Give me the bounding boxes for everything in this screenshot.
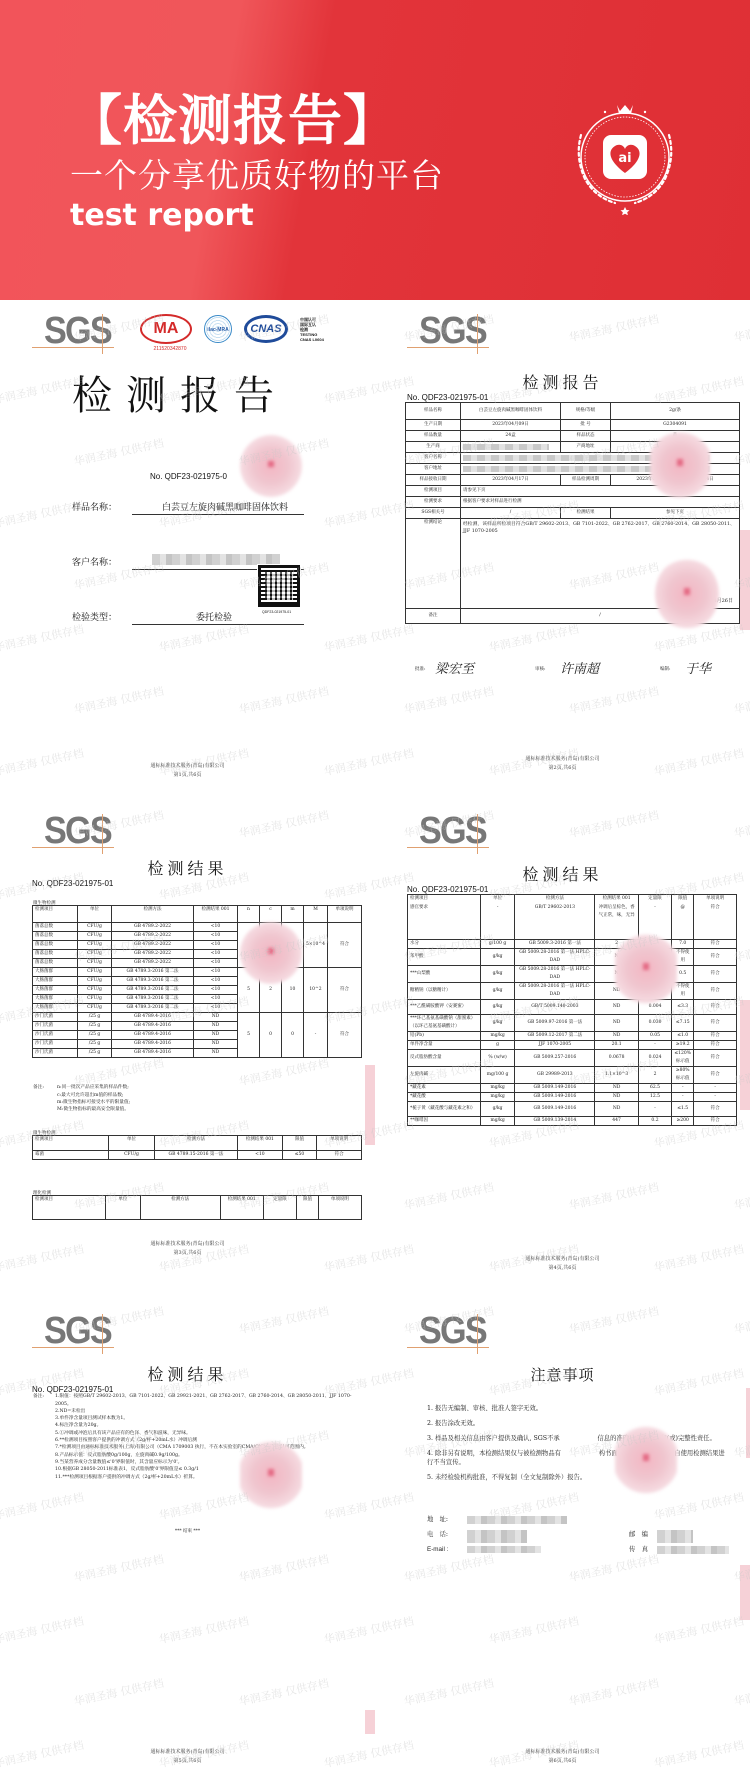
mold-table: 检测项目单位检测方法检测结果 001限值单项说明霉菌CFU/gGB 4789.1…	[32, 1135, 362, 1160]
table-row: **咖啡因mg/kgGB 5009.139-20144470.2≥200符合	[408, 1117, 737, 1126]
table-row: 检测项目单位检测方法检测结果 001定量限限值单项说明	[33, 1196, 362, 1220]
table-row: 检测项目单位检测方法检测结果 001ncmM单项说明	[33, 906, 362, 923]
table-row: 铅(Pb)mg/kgGB 5009.12-2017 第二法ND0.05≤1.0符…	[408, 1032, 737, 1041]
table-row: 检测项目单位检测方法检测结果 001定量限限值单项说明	[408, 895, 737, 904]
page-footer: 通标标准技术服务(青岛)有限公司第1页,共6页	[0, 762, 375, 780]
sample-name-value: 白芸豆左旋肉碱黑咖啡固体饮料	[140, 500, 310, 513]
page-title: 检测结果	[0, 856, 375, 879]
notice-item: 1. 报告无编制、审核、批准人签字无效。	[427, 1404, 727, 1413]
ai-heart-logo-icon: ai	[565, 95, 685, 215]
notice-item: 2. 报告涂改无效。	[427, 1419, 727, 1428]
report-number: No. QDF23-021975-01	[407, 885, 488, 894]
qr-caption: QDF23-021975-01	[262, 610, 291, 614]
hero-title: 【检测报告】	[68, 78, 398, 155]
cnas-text: 中国认可国际互认检测TESTINGCNAS L0604	[300, 317, 324, 342]
page-footer: 通标标准技术服务(青岛)有限公司第5页,共6页	[0, 1748, 375, 1766]
qr-code[interactable]	[258, 565, 300, 607]
postcode-label: 邮 编	[629, 1527, 648, 1542]
table-row: *藏花酸mg/kgGB 5009.149-2016ND12.5--	[408, 1093, 737, 1102]
approver-signature: 梁宏至	[435, 658, 474, 677]
cma-logo: MA211520342870	[140, 314, 192, 344]
redacted-postcode	[657, 1530, 693, 1543]
sample-name-label: 样品名称：	[72, 500, 117, 513]
ilac-mra-logo: ilac-MRA	[204, 315, 232, 343]
table-row: 苯甲酸g/kgGB 5009.28-2016 第一法 HPLC-DADN不得使用…	[408, 949, 737, 966]
table-row: SGS相关号/检测结果参见下页	[406, 508, 740, 519]
sgs-logo: SGS	[407, 314, 487, 350]
page-title: 检测结果	[0, 1362, 375, 1385]
remark-item: 8.产品标示值：反式脂肪酸0g/100g，左旋肉碱0.9g/100g。	[55, 1452, 353, 1459]
cover-title: 检测报告	[72, 364, 288, 421]
svg-text:ai: ai	[618, 151, 631, 166]
client-name-label: 客户名称：	[72, 555, 117, 568]
phone-label: 电 话:	[427, 1527, 448, 1542]
cnas-logo: CNAS	[244, 315, 288, 343]
official-seal	[615, 1425, 677, 1495]
table-row: 糖精钠（以糖精计）g/kgGB 5009.28-2016 第一法 HPLC-DA…	[408, 983, 737, 1000]
page-title: 注意事项	[375, 1364, 750, 1385]
table-row: 大肠菌群CFU/gGB 4789.3-2016 第二法<10521010^2符合	[33, 968, 362, 977]
sgs-logo: SGS	[32, 314, 112, 350]
certification-logos: MA211520342870 ilac-MRA CNAS 中国认可国际互认检测T…	[140, 314, 324, 344]
reviewer-signature: 许南超	[560, 658, 599, 677]
remark-item: 2.ND=未检出	[55, 1408, 353, 1415]
chemistry-table: 检测项目单位检测方法检测结果 001定量限限值单项说明感官要求-GB/T 296…	[407, 894, 737, 1126]
remark-item: 3.单件净含量项目测试样本数为1。	[55, 1415, 353, 1422]
hero-banner: 【检测报告】 一个分享优质好物的平台 test report ai	[0, 0, 750, 300]
page-title: 检测结果	[375, 862, 750, 885]
redacted-address	[467, 1516, 567, 1524]
table-row: 水分g/100 gGB 5009.3-2016 第一法27.0符合	[408, 940, 737, 949]
remark-item: 4.标注净含量为20g。	[55, 1422, 353, 1429]
redacted-fax	[657, 1546, 729, 1554]
inspection-type-value: 委托检验	[196, 610, 232, 623]
page-footer: 通标标准技术服务(青岛)有限公司第2页,共6页	[375, 755, 750, 773]
table-row: ***山梨酸g/kgGB 5009.28-2016 第一法 HPLC-DADN0…	[408, 966, 737, 983]
report-number: No. QDF23-021975-0	[150, 472, 227, 481]
remark-item: 10.根据GB 28050-2011标准表1，反式脂肪酸'0'界限值是≤ 0.3…	[55, 1466, 353, 1473]
remarks-list: 备注: 1.限值：按照GB/T 29602-2013、GB 7101-2022、…	[33, 1393, 353, 1481]
page-title: 检测报告	[375, 370, 750, 393]
email-label: E-mail :	[427, 1542, 448, 1557]
remark-item: 5.①冲调或冲泡后具有该产品应有的色泽、香气和滋味，无异味。	[55, 1430, 353, 1437]
official-seal	[240, 1440, 302, 1510]
sgs-logo: SGS	[407, 1314, 487, 1350]
address-label: 地 址:	[427, 1512, 448, 1527]
official-seal	[650, 430, 710, 500]
table-row: 感官要求-GB/T 29602-2013冲调后呈棕色，香气正常，味，无异-@符合	[408, 904, 737, 940]
official-seal	[240, 435, 302, 497]
official-seal	[655, 558, 719, 630]
table-row: ***乙酰磺胺酸钾（安赛蜜）g/kgGB/T 5009.140-2003ND0.…	[408, 1000, 737, 1015]
hero-subtitle: 一个分享优质好物的平台	[70, 150, 444, 197]
report-page-remarks: SGS 检测结果 No. QDF23-021975-01 备注: 1.限值：按照…	[0, 1300, 375, 1784]
sgs-logo: SGS	[32, 1314, 112, 1350]
end-marker: *** 结束 ***	[0, 1528, 375, 1534]
redacted-client-name	[152, 554, 280, 565]
table-row: *栀子黄（藏花酸与藏花素之和）g/kgGB 5009.149-2016ND-≤1…	[408, 1102, 737, 1117]
microbiology-table: 检测项目单位检测方法检测结果 001ncmM单项说明菌落总数CFU/gGB 47…	[32, 905, 362, 1058]
page-footer: 通标标准技术服务(青岛)有限公司第4页,共6页	[375, 1255, 750, 1273]
remark-item: 9.当某营养成分含量数值≤'0'界限值时，其含量应标示为'0'。	[55, 1459, 353, 1466]
page-footer: 通标标准技术服务(青岛)有限公司第3页,共6页	[0, 1240, 375, 1258]
notice-item: 5. 未经检验机构批准，不得复制（全文复制除外）报告。	[427, 1473, 727, 1482]
official-seal	[615, 932, 677, 1006]
report-page-cover: SGS MA211520342870 ilac-MRA CNAS 中国认可国际互…	[0, 300, 375, 800]
table-row: 样品名称白芸豆左旋肉碱黑咖啡固体饮料规格/等级2g/条	[406, 403, 740, 420]
inspection-type-label: 检验类型：	[72, 610, 117, 623]
notice-item: 3. 样品及相关信息由客户提供及确认, SGS不承 信息的准确性、适当性和(或)…	[427, 1434, 727, 1443]
notice-list: 1. 报告无编制、审核、批准人签字无效。2. 报告涂改无效。3. 样品及相关信息…	[427, 1404, 727, 1488]
official-seal	[240, 922, 302, 984]
report-number: No. QDF23-021975-01	[32, 879, 113, 888]
redacted-email	[467, 1546, 541, 1553]
notice-item: 4. 除非另有说明，本检测结果仅与被检测物品有 构书面同意，委托人不得擅自使用检…	[427, 1449, 727, 1467]
sgs-logo: SGS	[32, 814, 112, 850]
table-row: 左旋肉碱mg/100 gGB 29989-20131.1×10^32≥80%标示…	[408, 1067, 737, 1084]
report-page-chemistry: SGS 检测结果 No. QDF23-021975-01 检测项目单位检测方法检…	[375, 800, 750, 1300]
editor-signature: 于华	[685, 658, 711, 677]
table-row: 菌落总数CFU/gGB 4789.2-2022<105×10^4符合	[33, 923, 362, 932]
physicochemical-table: 检测项目单位检测方法检测结果 001定量限限值单项说明	[32, 1195, 362, 1220]
report-number: No. QDF23-021975-01	[407, 393, 488, 402]
table-row: 沙门氏菌/25 gGB 4789.4-2016ND500-符合	[33, 1013, 362, 1022]
redacted-phone	[467, 1530, 527, 1543]
remark-item: 6.**检测项目按照客户提供的冲调方式（2g/杯+20mL水）冲调后测	[55, 1437, 353, 1444]
table-row: 单件净含量gJJF 1070-200520.1-≥19.2符合	[408, 1041, 737, 1050]
remark-item: 11.***检测项目根据客户提供的冲调方式（2g/杯+20mL水）折算。	[55, 1474, 353, 1481]
table-row: 检测项目单位检测方法检测结果 001限值单项说明	[33, 1136, 362, 1151]
sgs-logo: SGS	[407, 814, 487, 850]
page-footer: 通标标准技术服务(青岛)有限公司第6页,共6页	[375, 1748, 750, 1766]
report-page-notices: SGS 注意事项 1. 报告无编制、审核、批准人签字无效。2. 报告涂改无效。3…	[375, 1300, 750, 1784]
table-row: *藏花素mg/kgGB 5009.149-2016ND62.5--	[408, 1084, 737, 1093]
remark-item: 7.*检测项目由通标标准技术服务(上海)有限公司（CMA 1709003 执行，…	[55, 1444, 353, 1451]
table-row: 生产日期2023年04月09日批 号G2304091	[406, 420, 740, 431]
report-page-summary: SGS 检测报告 No. QDF23-021975-01 样品名称白芸豆左旋肉碱…	[375, 300, 750, 800]
table-row: ***环己基氨基磺酸钠（甜蜜素）（以环己基氨基磺酸计）g/kgGB 5009.9…	[408, 1015, 737, 1032]
report-page-microbiology: SGS 检测结果 No. QDF23-021975-01 微生物检测 检测项目单…	[0, 800, 375, 1300]
table-row: 反式脂肪酸含量% (w/w)GB 5009.257-20160.06780.02…	[408, 1050, 737, 1067]
table-row: 霉菌CFU/gGB 4789.15-2016 第一法<10≤50符合	[33, 1151, 362, 1160]
hero-english-title: test report	[70, 198, 254, 233]
remarks: 备注: n:同一批次产品应采集的样品件数;c:最大可允许超出m值的样品数;m:微…	[33, 1084, 130, 1113]
remark-item: 1.限值：按照GB/T 29602-2013、GB 7101-2022、GB 2…	[55, 1393, 353, 1408]
fax-label: 传 真	[629, 1542, 648, 1557]
